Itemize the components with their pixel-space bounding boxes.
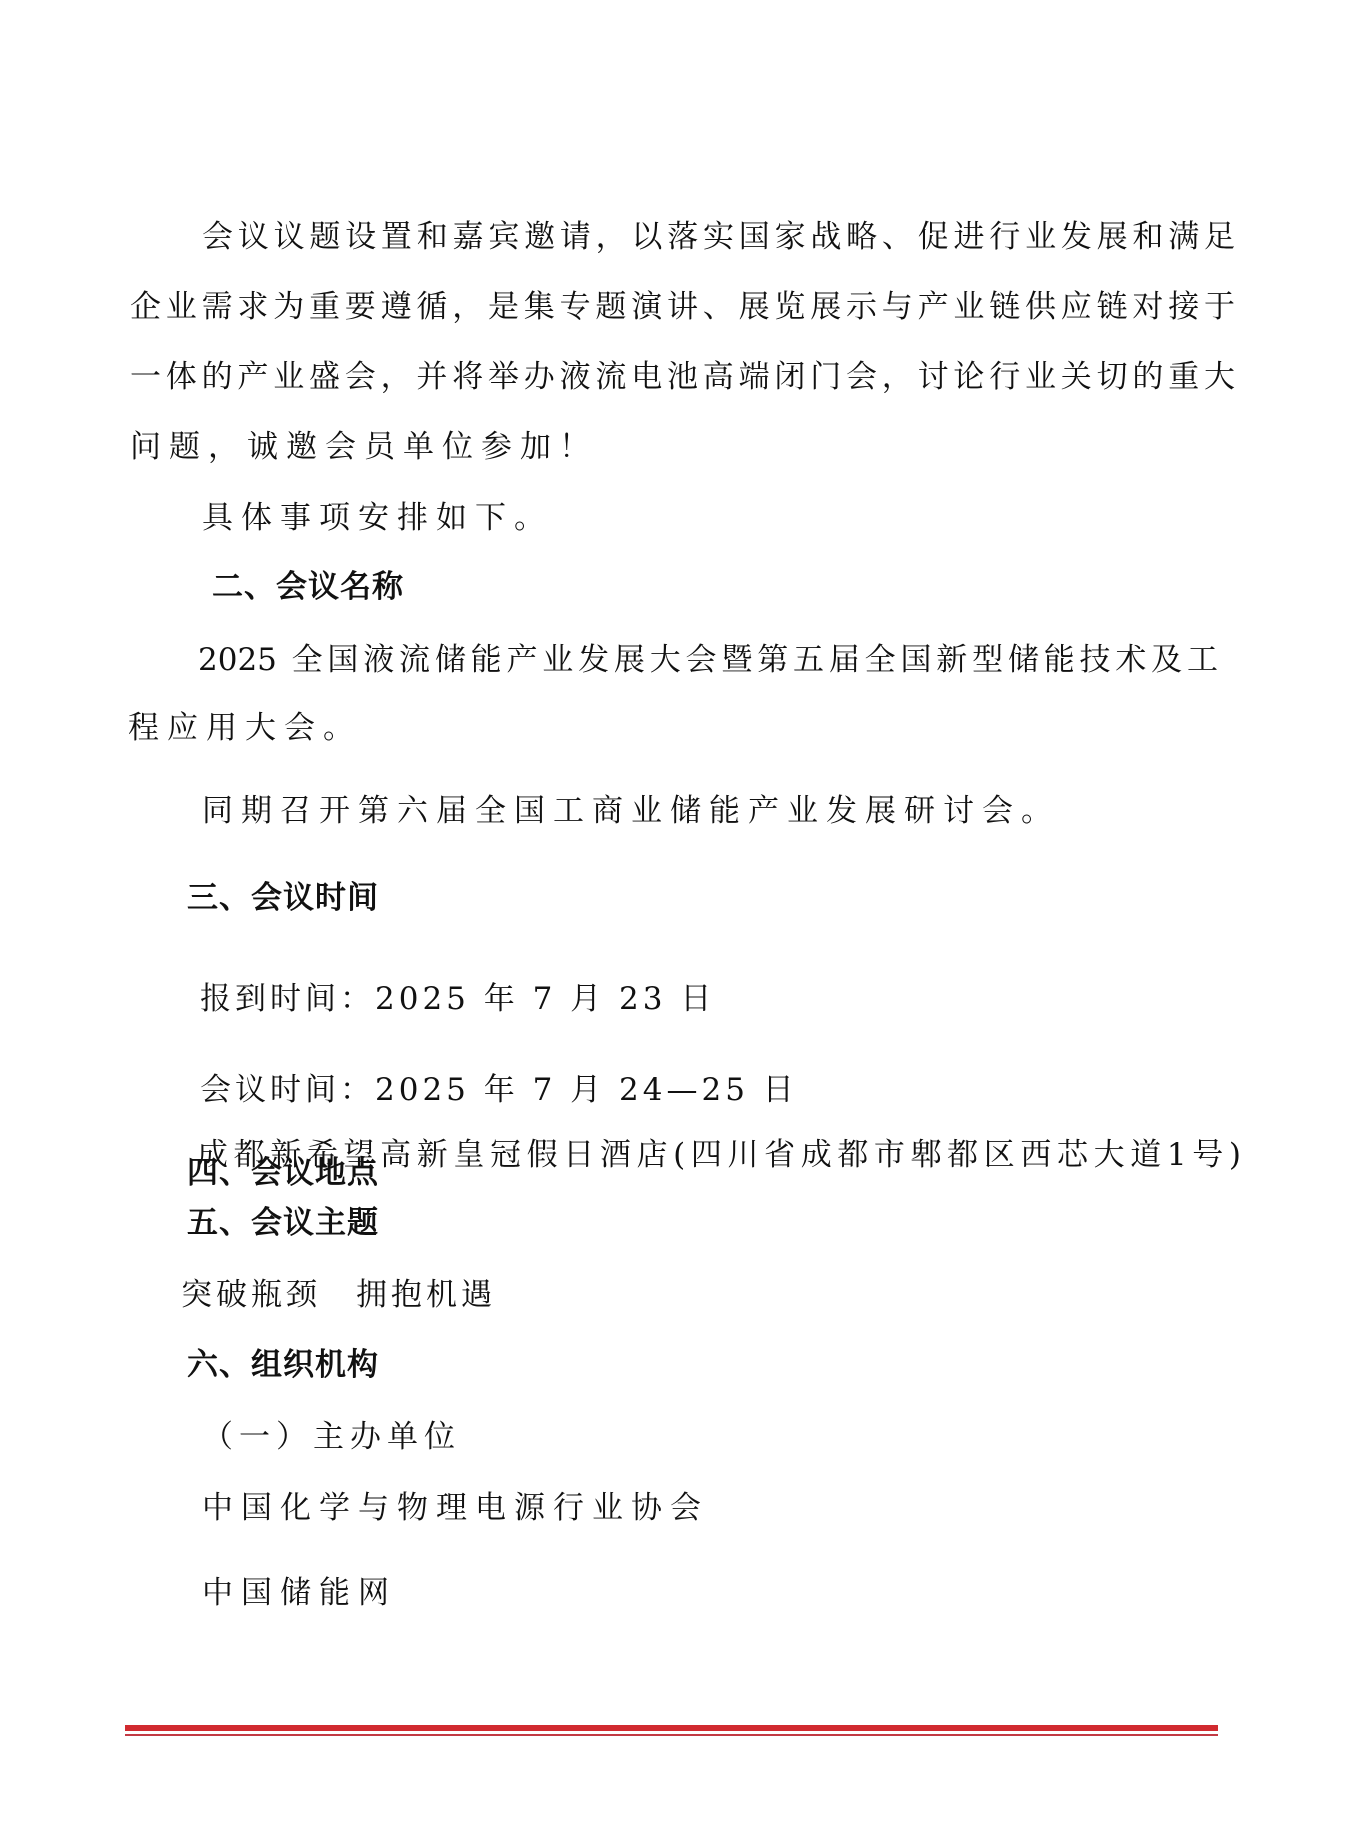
organizer-2: 中国储能网 bbox=[202, 1573, 397, 1613]
section-heading-time: 三、会议时间 bbox=[187, 878, 379, 918]
arrangement-note: 具体事项安排如下。 bbox=[202, 498, 553, 538]
conference-theme: 突破瓶颈 拥抱机遇 bbox=[181, 1275, 496, 1315]
concurrent-event: 同期召开第六届全国工商业储能产业发展研讨会。 bbox=[202, 791, 1060, 831]
section-heading-theme: 五、会议主题 bbox=[187, 1203, 379, 1243]
section-heading-name: 二、会议名称 bbox=[212, 567, 404, 607]
section-heading-organization: 六、组织机构 bbox=[187, 1345, 379, 1385]
intro-line-4: 问题，诚邀会员单位参加！ bbox=[130, 427, 598, 467]
organizer-1: 中国化学与物理电源行业协会 bbox=[202, 1488, 709, 1528]
intro-line-2: 企业需求为重要遵循，是集专题演讲、展览展示与产业链供应链对接于 bbox=[130, 287, 1235, 327]
registration-time: 报到时间：2025 年 7 月 23 日 bbox=[200, 979, 715, 1019]
intro-line-3: 一体的产业盛会，并将举办液流电池高端闭门会，讨论行业关切的重大 bbox=[130, 357, 1235, 397]
organizer-subheading: （一）主办单位 bbox=[202, 1417, 461, 1457]
meeting-time: 会议时间：2025 年 7 月 24—25 日 bbox=[200, 1070, 798, 1110]
conference-name-line-2: 程应用大会。 bbox=[128, 708, 362, 748]
intro-line-1: 会议议题设置和嘉宾邀请，以落实国家战略、促进行业发展和满足 bbox=[202, 217, 1235, 257]
footer-rule-thin bbox=[125, 1734, 1218, 1736]
footer-rule-thick bbox=[125, 1725, 1218, 1731]
venue-address: 成都新希望高新皇冠假日酒店(四川省成都市郫都区西芯大道1号) bbox=[197, 1135, 1241, 1175]
conference-name-line-1: 2025 全国液流储能产业发展大会暨第五届全国新型储能技术及工 bbox=[198, 640, 1218, 680]
